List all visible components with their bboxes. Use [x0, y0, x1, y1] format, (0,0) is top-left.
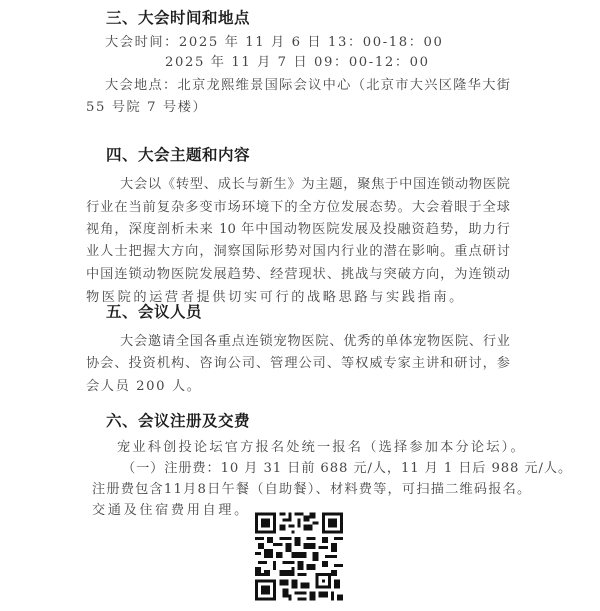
- registration-includes-line: 注册费包含11月8日午餐（自助餐）、材料费等，可扫描二维码报名。: [92, 482, 516, 498]
- theme-paragraph-line-3: 视角，深度剖析未来 10 年中国动物医院发展及投融资趋势，助力行: [86, 222, 510, 238]
- meeting-venue-line-1: 大会地点：北京龙熙维景国际会议中心（北京市大兴区隆华大街: [105, 78, 510, 94]
- attendees-paragraph-line-1: 大会邀请全国各重点连锁宠物医院、优秀的单体宠物医院、行业: [120, 334, 510, 350]
- section-heading-attendees: 五、会议人员: [106, 300, 202, 322]
- meeting-venue-line-2: 55 号院 7 号楼）: [86, 100, 510, 116]
- section-heading-registration: 六、会议注册及交费: [106, 409, 250, 431]
- meeting-time-line-2: 2025 年 11 月 7 日 09：00-12：00: [165, 55, 589, 71]
- registration-qr-code[interactable]: [255, 512, 343, 601]
- document-page: 三、大会时间和地点 大会时间：2025 年 11 月 6 日 13：00-18：…: [0, 0, 600, 611]
- attendees-paragraph-line-2: 协会、投资机构、咨询公司、管理公司、等权威专家主讲和研讨，参: [86, 356, 510, 372]
- registration-fee-line: （一）注册费：10 月 31 日前 688 元/人，11 月 1 日后 988 …: [122, 461, 546, 477]
- theme-paragraph-line-2: 行业在当前复杂多变市场环境下的全方位发展态势。大会着眼于全球: [86, 200, 510, 216]
- theme-paragraph-line-4: 业人士把握大方向，洞察国际形势对国内行业的潜在影响。重点研讨: [86, 244, 510, 260]
- meeting-time-line-1: 大会时间：2025 年 11 月 6 日 13：00-18：00: [105, 35, 529, 51]
- theme-paragraph-line-5: 中国连锁动物医院发展趋势、经营现状、挑战与突破方向，为连锁动: [86, 267, 510, 283]
- section-heading-time-place: 三、大会时间和地点: [106, 6, 250, 28]
- registration-line-1: 宠业科创投论坛官方报名处统一报名（选择参加本分论坛）。: [117, 440, 541, 456]
- attendees-paragraph-line-3: 会人员 200 人。: [86, 379, 510, 395]
- theme-paragraph-line-1: 大会以《转型、成长与新生》为主题，聚焦于中国连锁动物医院: [120, 177, 510, 193]
- section-heading-theme: 四、大会主题和内容: [106, 143, 250, 165]
